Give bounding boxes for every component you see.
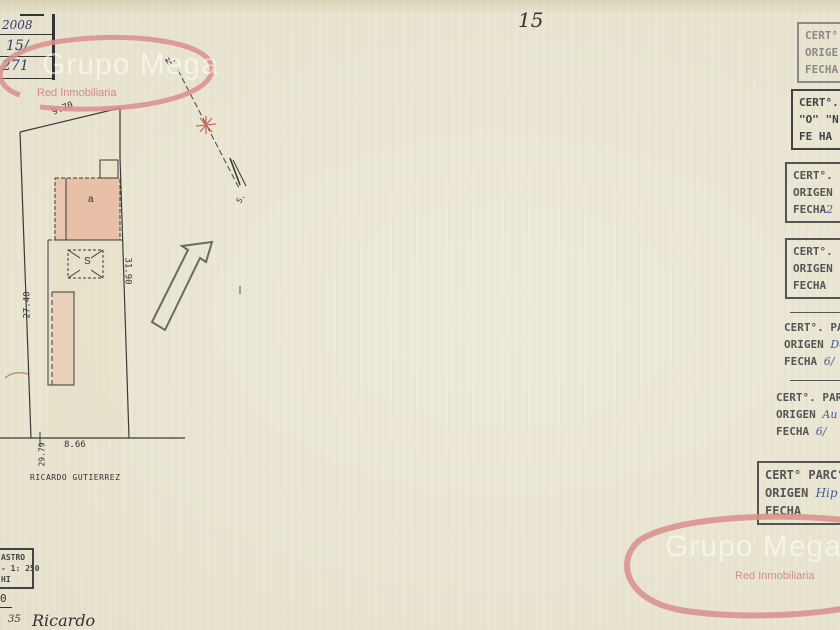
dimension-right: 31.90 [123,257,133,284]
stamp-line: - 1: 250 [1,563,29,574]
stamp-divider [790,312,840,313]
dimension-bottom: 8.66 [64,440,86,450]
stamp-cert-label: CERT°. PARC° [784,319,840,336]
stamp-origen-label: ORIGEN [793,184,840,201]
cert-stamp-6: CERT°. PARC° ORIGEN Au FECHA 6/ [770,386,840,443]
stamp-cert-label: CERT° PA [805,27,840,44]
stamp-line: HI [1,574,29,585]
stamp-origen-label: ORIGEN [765,486,808,500]
stamp-fecha-label: FECHA [784,355,817,368]
scanned-plan-page: 15 2008 15/ 271 [0,0,840,630]
stamp-origen-value: Hip [816,486,838,500]
cert-stamp-4: CERT°. PA ORIGEN FECHA [785,238,840,299]
stamp-cert-label: CERT° PARC° N [765,466,840,484]
stamp-origen-value: Au [822,408,837,421]
stamp-cert-label: CERT°. PARC° [776,389,840,406]
stamp-cert-label: CERT°. PA [799,94,840,111]
stamp-fecha-value: 6/ [824,355,835,368]
dimension-left: 27.40 [23,291,33,318]
stamp-fecha-label: FE HA [799,128,840,145]
cert-stamp-3: CERT°. PA ORIGEN FECHA2 [785,162,840,223]
stamp-origen-label: ORIGEN [776,408,816,421]
stamp-fecha-label: FECHA [776,425,809,438]
stamp-fecha-label: FECHA [793,203,826,216]
stamp-origen-label: ORIGEN [784,338,824,351]
stamp-cert-label: CERT°. PA [793,167,840,184]
watermark-title-top: Grupo Mega [42,48,219,82]
building-a-label: a [88,194,94,205]
stamp-origen-label: ORIGEN [793,260,840,277]
stamp-origen-label: "O" "N [799,111,840,128]
cert-stamp-5: CERT°. PARC° ORIGEN De FECHA 6/ [778,316,840,373]
cadastro-stamp: ASTRO - 1: 250 HI [0,548,34,589]
stamp-divider [790,380,840,381]
stamp-fecha-label: FECHA [793,277,840,294]
watermark-title-bottom: Grupo Mega [665,530,840,564]
stamp-cert-label: CERT°. PA [793,243,840,260]
page-number: 15 [518,8,543,32]
dimension-bottom-left: 29.79 [38,442,47,466]
watermark-subtitle-bottom: Red Inmobiliaria [735,570,814,582]
stamp-fecha-label: FECHA [805,61,840,78]
cert-stamp-2: CERT°. PA "O" "N FE HA [791,89,840,150]
owner-label: RICARDO GUTIERREZ [30,473,120,482]
stamp-fecha-value: 2 [826,203,833,216]
bottom-left-year: 35 [8,614,21,625]
building-s-label: S [84,256,91,267]
stamp-fecha-value: 6/ [816,425,827,438]
stamp-origen-label: ORIGE [805,44,840,61]
cert-stamp-1: CERT° PA ORIGE FECHA [797,22,840,83]
signature: Ricardo [32,611,95,630]
bottom-left-rule [0,607,12,608]
stamp-origen-value: De [830,338,840,351]
stamp-line: ASTRO [1,552,29,563]
bottom-left-number: 0 [0,592,7,605]
watermark-subtitle-top: Red Inmobiliaria [37,87,116,99]
